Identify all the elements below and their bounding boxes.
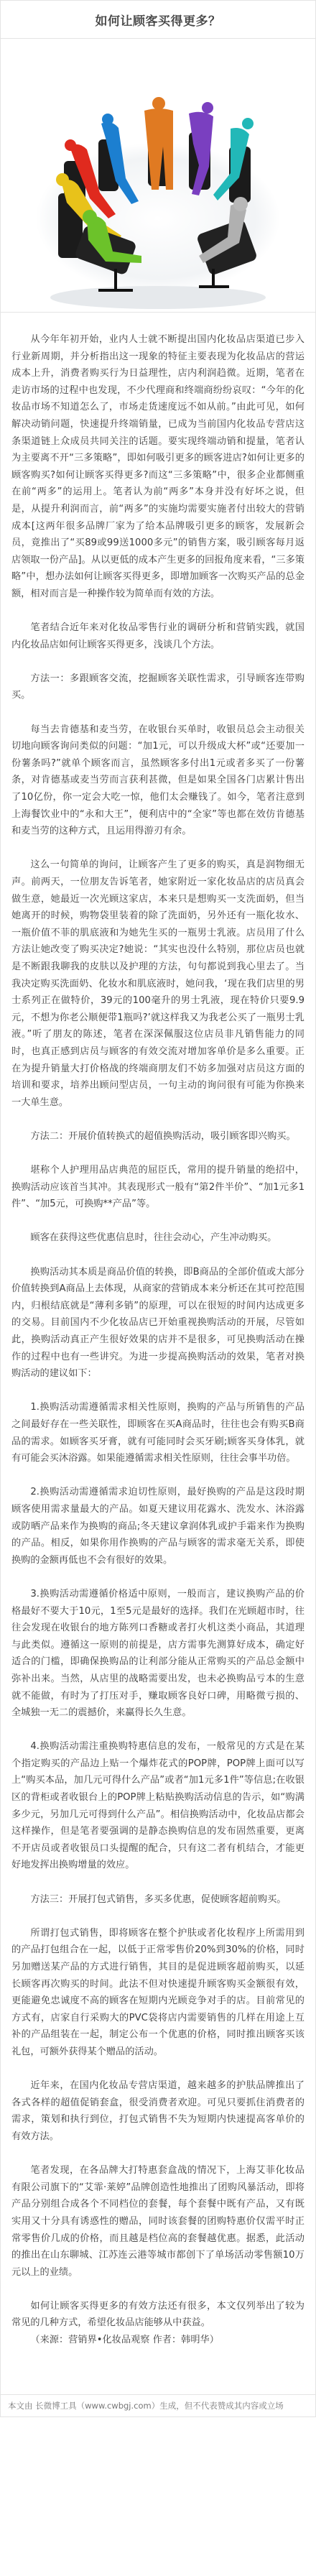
suggestion-2: 2.换购活动需遵循需求迫切性原则，最好换购的产品是这段时期顾客使用需求量最大的产… [11, 1484, 305, 1569]
paragraph: 笔者结合近年来对化妆品零售行业的调研分析和营销实践，就国内化妆品店如何让顾客买得… [11, 619, 305, 653]
suggestion-3: 3.换购活动需遵循价格适中原则，一般而言，建议换购产品的价格最好不要大于10元，… [11, 1586, 305, 1722]
method-heading-2: 方法二：开展价值转换式的超值换购活动，吸引顾客即兴购买。 [11, 1128, 305, 1145]
method-heading-1: 方法一：多跟顾客交流，挖掘顾客关联性需求，引导顾客连带购买。 [11, 670, 305, 704]
figure-purple [189, 102, 213, 195]
paragraph: 顾客在获得这些优惠信息时，往往会动心，产生冲动购买。 [11, 1229, 305, 1247]
paragraph: 每当去肯德基和麦当劳，在收银台买单时，收银员总会主动很关切地向顾客询问类似的问题… [11, 721, 305, 840]
paragraph-conclusion: 如何让顾客买得更多的有效方法还有很多，本文仅列举出了较为常见的几种方式，希望化妆… [11, 2298, 305, 2332]
paragraph: 笔者发现，在各品牌大打特惠套盒战的情况下，上海艾菲化妆品有限公司旗下的“艾霏·莱… [11, 2162, 305, 2281]
long-weibo-page: 如何让顾客买得更多？ [0, 0, 316, 2417]
paragraph-intro: 从今年年初开始，业内人士就不断提出国内化妆品店渠道已步入行业新周期，并分析指出这… [11, 331, 305, 603]
generated-by-notice: 本文由 长微博工具（www.cwbgj.com）生成，但不代表赞成其内容或立场 [8, 2400, 284, 2411]
paragraph: 近年来，在国内化妆品专营店渠道，越来越多的护肤品牌推出了各式各样的超值促销套盒，… [11, 2077, 305, 2145]
paragraph: 堪称个人护理用品店典范的屈臣氏，常用的提升销量的绝招中，换购活动应该首当其冲。其… [11, 1162, 305, 1213]
paragraph: 所谓打包式销售，即将顾客在整个护肤或者化妆程序上所需用到的产品打包组合在一起，以… [11, 1925, 305, 2061]
title-bar: 如何让顾客买得更多？ [1, 1, 315, 39]
hero-image [1, 39, 315, 313]
method-heading-3: 方法三：开展打包式销售，多买多优惠，促使顾客超前购买。 [11, 1891, 305, 1908]
paragraph: 这么一句简单的询问，让顾客产生了更多的购买，真是润物细无声。前两天，一位朋友告诉… [11, 857, 305, 1111]
figure-orange [144, 97, 173, 190]
suggestion-4: 4.换购活动需注重换购特惠信息的发布，一般常见的方式是在某个指定购买的产品边上贴… [11, 1738, 305, 1874]
meeting-circle-illustration [1, 39, 315, 312]
footer: 本文由 长微博工具（www.cwbgj.com）生成，但不代表赞成其内容或立场 [1, 2394, 315, 2416]
article-title: 如何让顾客买得更多？ [96, 11, 221, 29]
paragraph: 换购活动其本质是商品价值的转换，即B商品的全部价值或大部分价值转换到A商品上去体… [11, 1264, 305, 1382]
article-body: 从今年年初开始，业内人士就不断提出国内化妆品店渠道已步入行业新周期，并分析指出这… [1, 313, 315, 2394]
source-credit: （来源：营销界•化妆品观察 作者：韩明华） [11, 2332, 305, 2349]
suggestion-1: 1.换购活动需遵循需求相关性原则，换购的产品与所销售的产品之间最好存在一些关联性… [11, 1399, 305, 1467]
